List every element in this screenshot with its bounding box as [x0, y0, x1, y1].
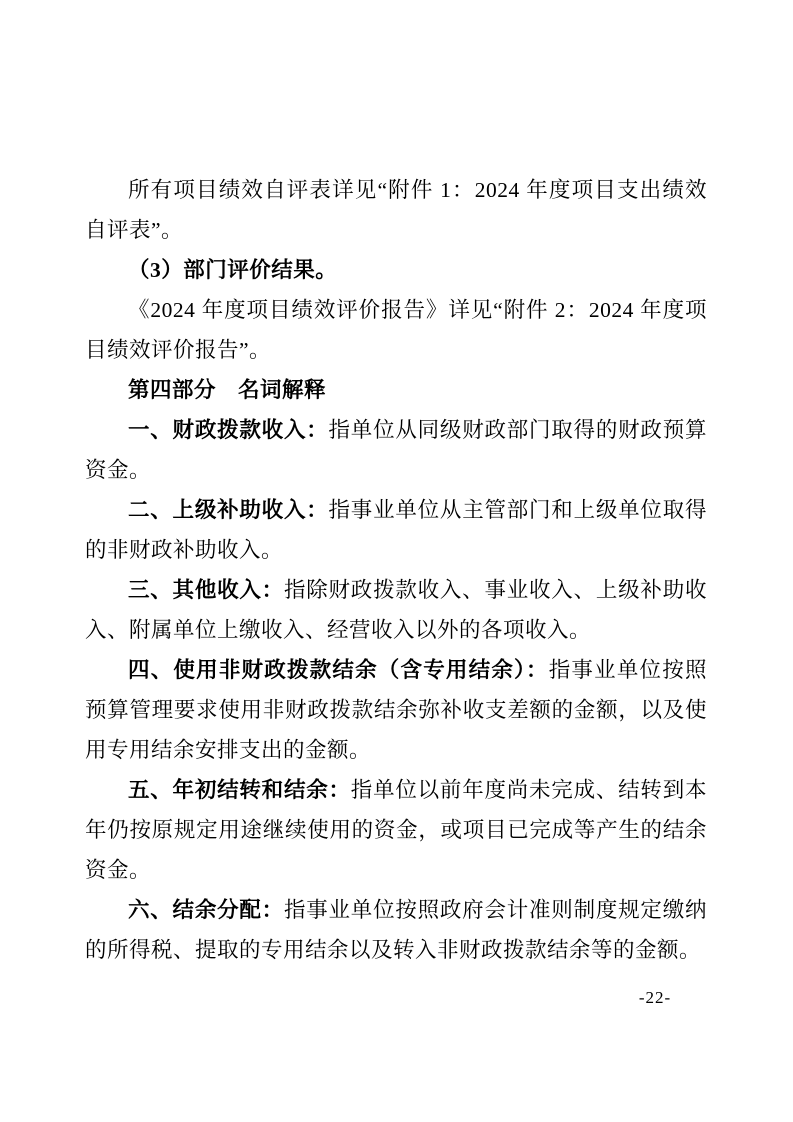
heading-part4-glossary: 第四部分 名词解释: [85, 370, 707, 410]
para-term-1-fiscal-appropriation-income: 一、财政拨款收入：指单位从同级财政部门取得的财政预算资金。: [85, 410, 707, 490]
para-term-4-use-of-non-fiscal-balance: 四、使用非财政拨款结余（含专用结余）：指事业单位按照预算管理要求使用非财政拨款结…: [85, 650, 707, 770]
para-evaluation-report-attachment: 《2024 年度项目绩效评价报告》详见“附件 2：2024 年度项目绩效评价报告…: [85, 290, 707, 370]
document-page: 所有项目绩效自评表详见“附件 1：2024 年度项目支出绩效自评表”。（3）部门…: [0, 0, 793, 1122]
bold-text-run: （3）部门评价结果。: [128, 258, 337, 282]
para-term-6-balance-distribution: 六、结余分配：指事业单位按照政府会计准则制度规定缴纳的所得税、提取的专用结余以及…: [85, 890, 707, 970]
bold-text-run: 五、年初结转和结余：: [128, 778, 351, 802]
page-number: -22-: [600, 988, 710, 1008]
bold-text-run: 四、使用非财政拨款结余（含专用结余）：: [128, 658, 549, 682]
para-term-2-superior-subsidy-income: 二、上级补助收入：指事业单位从主管部门和上级单位取得的非财政补助收入。: [85, 490, 707, 570]
bold-text-run: 三、其他收入：: [128, 578, 284, 602]
text-run: 所有项目绩效自评表详见“附件 1：2024 年度项目支出绩效自评表”。: [85, 178, 707, 242]
para-term-3-other-income: 三、其他收入：指除财政拨款收入、事业收入、上级补助收入、附属单位上缴收入、经营收…: [85, 570, 707, 650]
heading-department-evaluation-result: （3）部门评价结果。: [85, 250, 707, 290]
document-body: 所有项目绩效自评表详见“附件 1：2024 年度项目支出绩效自评表”。（3）部门…: [85, 170, 707, 970]
para-self-eval-attachment: 所有项目绩效自评表详见“附件 1：2024 年度项目支出绩效自评表”。: [85, 170, 707, 250]
bold-text-run: 二、上级补助收入：: [128, 498, 329, 522]
text-run: 《2024 年度项目绩效评价报告》详见“附件 2：2024 年度项目绩效评价报告…: [85, 298, 707, 362]
para-term-5-beginning-carryover-balance: 五、年初结转和结余：指单位以前年度尚未完成、结转到本年仍按原规定用途继续使用的资…: [85, 770, 707, 890]
bold-text-run: 六、结余分配：: [128, 898, 284, 922]
bold-text-run: 第四部分 名词解释: [128, 378, 326, 402]
bold-text-run: 一、财政拨款收入：: [128, 418, 329, 442]
